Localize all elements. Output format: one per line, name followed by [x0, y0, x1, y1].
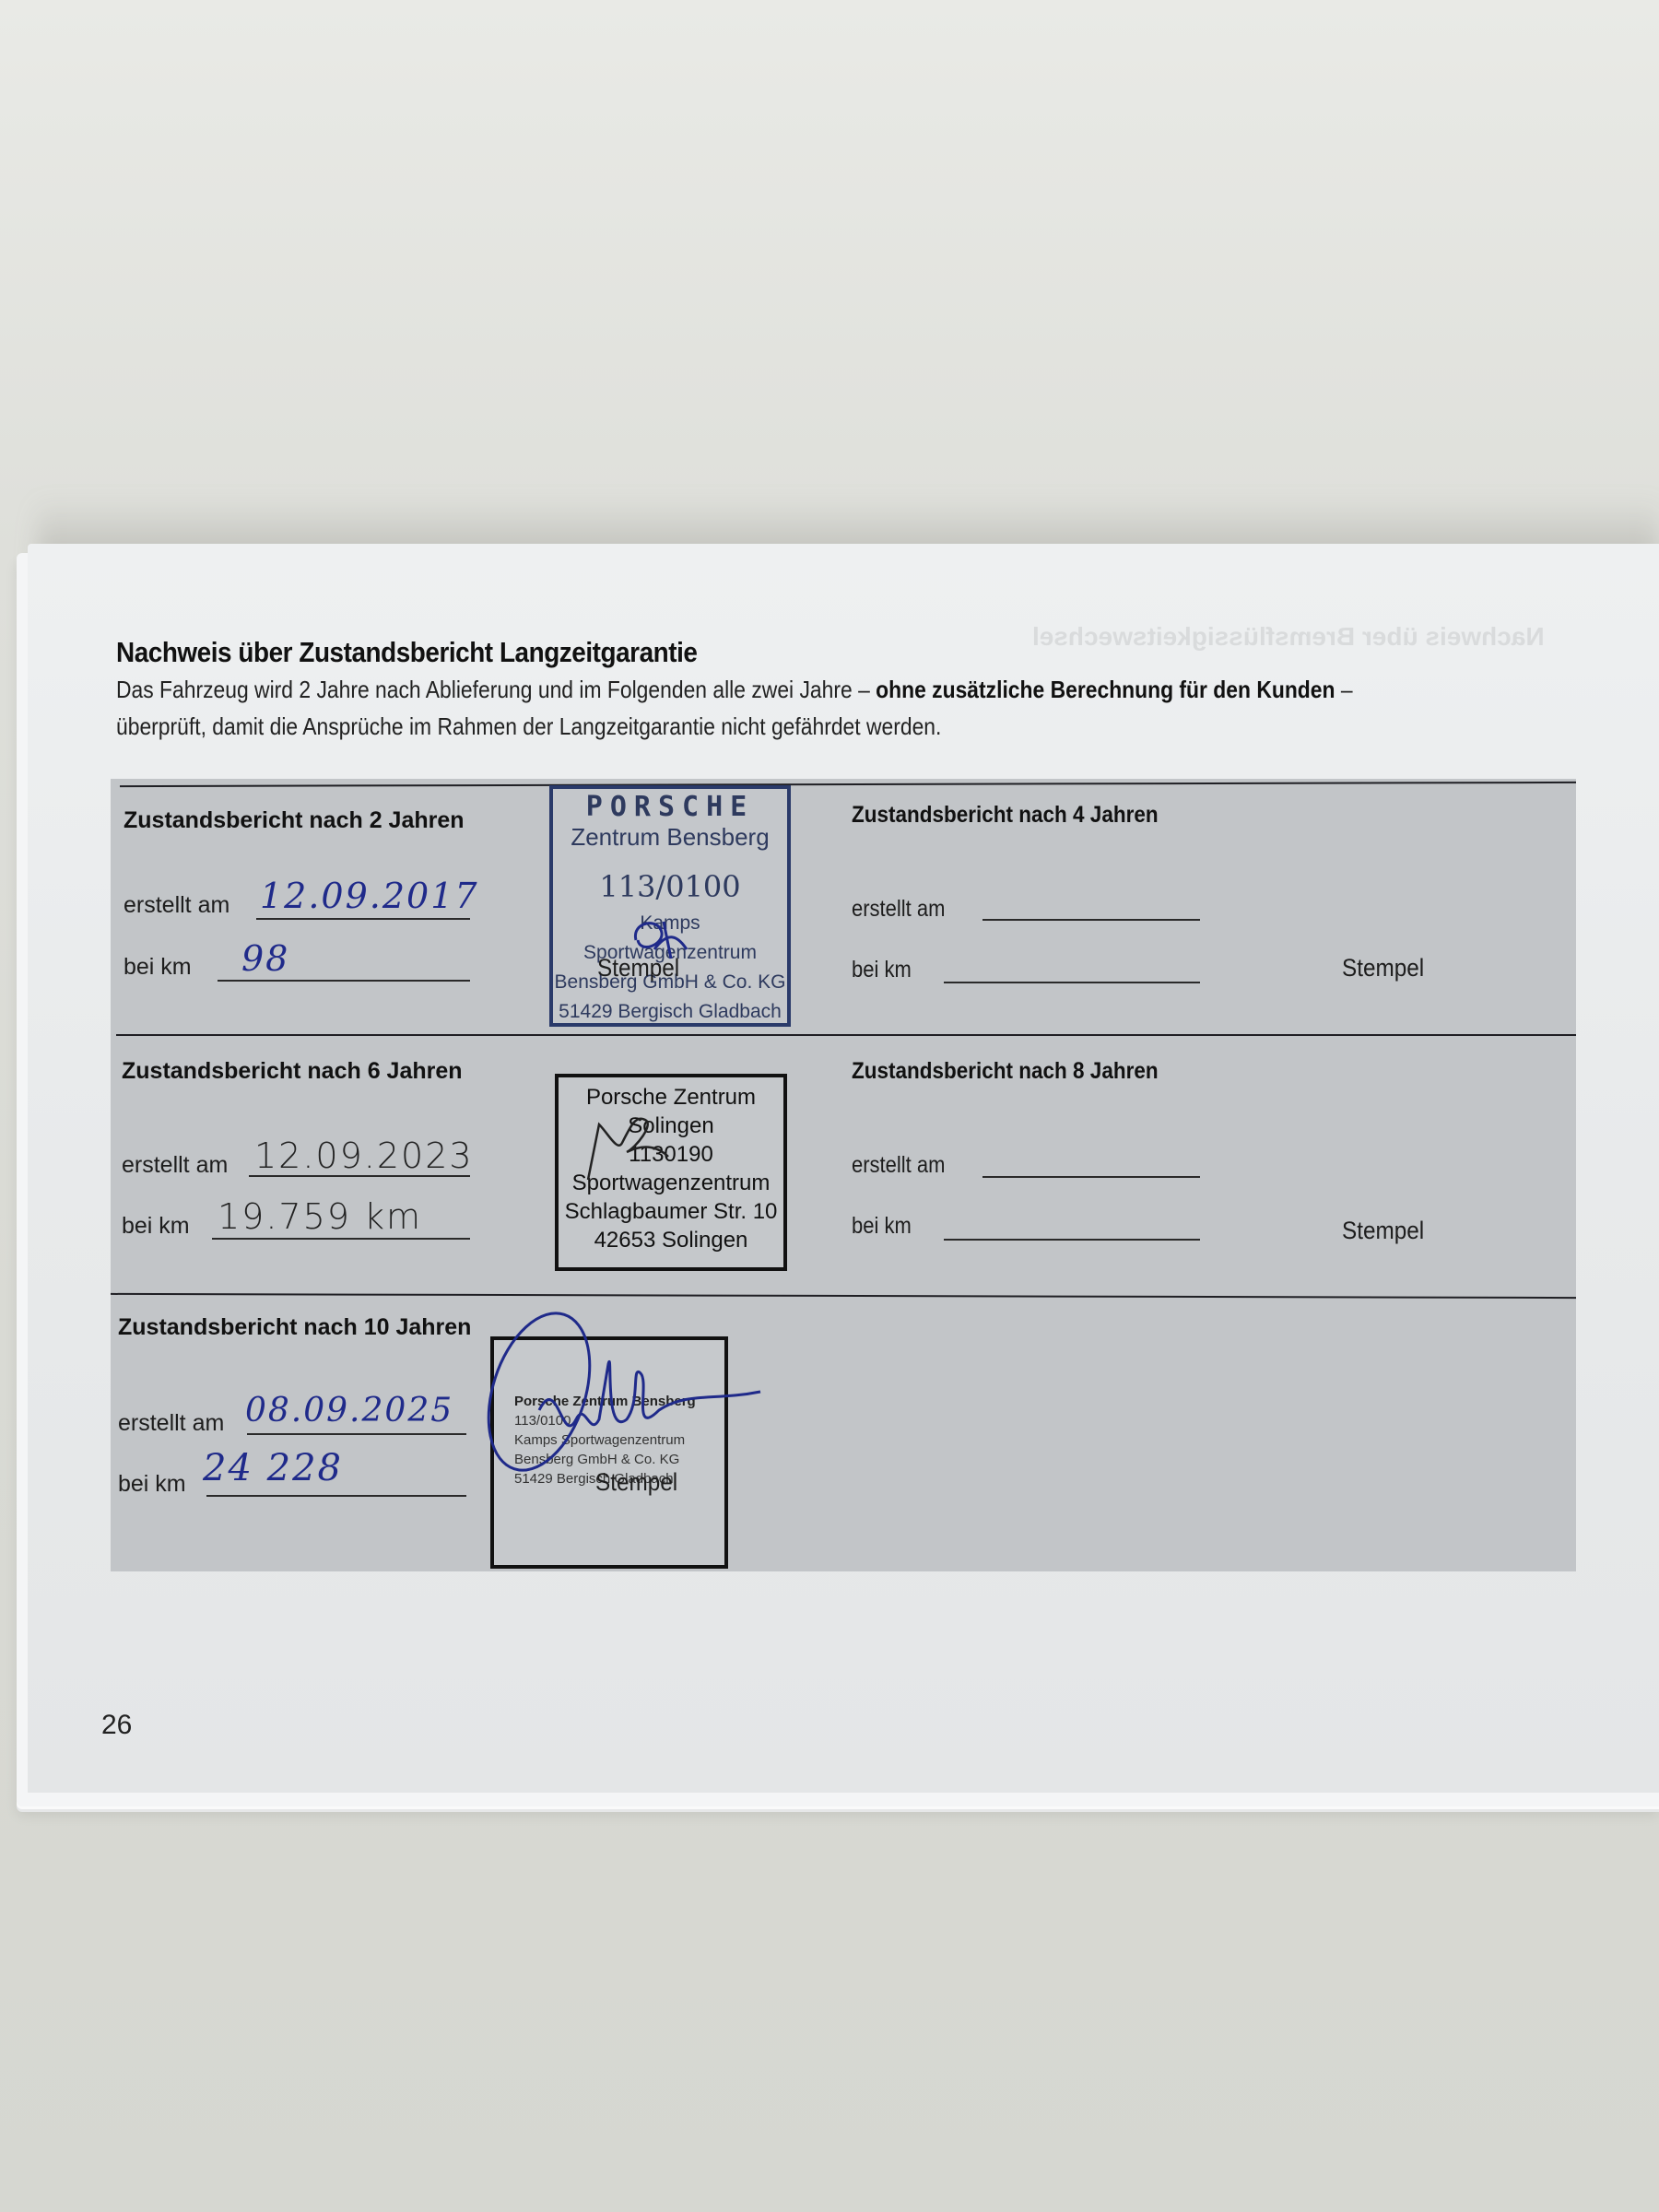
date-field[interactable]	[982, 1176, 1200, 1178]
divider	[116, 1034, 1576, 1036]
km-field-line	[218, 980, 470, 982]
report-title: Zustandsbericht nach 4 Jahren	[852, 802, 1159, 829]
signature-initials	[627, 912, 691, 968]
report-title: Zustandsbericht nach 2 Jahren	[124, 807, 465, 834]
stamp-line: 51429 Bergisch Gladbach	[553, 997, 787, 1027]
bleed-through-text: Nachweis über Brems­flüssigkeitswechsel	[1032, 622, 1545, 652]
date-field[interactable]	[982, 919, 1200, 921]
created-label: erstellt am	[118, 1410, 224, 1437]
porsche-wordmark: PORSCHE	[553, 793, 787, 822]
stamp-line: 42653 Solingen	[559, 1226, 783, 1254]
report-4-years: Zustandsbericht nach 4 Jahren erstellt a…	[839, 783, 1539, 1032]
km-field-line	[206, 1495, 466, 1497]
report-title: Zustandsbericht nach 8 Jahren	[852, 1058, 1159, 1085]
intro-bold-text: ohne zusätzliche Berechnung für den Kund…	[876, 676, 1335, 703]
created-label: erstellt am	[122, 1152, 228, 1179]
km-label: bei km	[118, 1471, 186, 1498]
stamp-label: Stempel	[1342, 1217, 1424, 1245]
signature-initials	[581, 1106, 691, 1189]
km-label: bei km	[852, 1213, 912, 1240]
date-field[interactable]: 12.09.2017	[260, 876, 479, 916]
km-field[interactable]: 19.759 km	[218, 1196, 422, 1237]
date-field-line	[256, 918, 470, 920]
date-field[interactable]: 12.09.2023	[254, 1135, 474, 1176]
km-field-line	[212, 1238, 470, 1240]
stamp-line: 113/0100	[553, 872, 787, 901]
intro-text-line2: überprüft, damit die Ansprüche im Rahmen…	[116, 712, 941, 740]
date-field[interactable]: 08.09.2025	[245, 1392, 453, 1430]
stamp-line: Zentrum Bensberg	[553, 822, 787, 852]
report-title: Zustandsbericht nach 10 Jahren	[118, 1314, 471, 1341]
intro-text: Das Fahrzeug wird 2 Jahre nach Ablieferu…	[116, 676, 876, 703]
page-number: 26	[101, 1710, 132, 1741]
signature	[475, 1309, 770, 1493]
report-title: Zustandsbericht nach 6 Jahren	[122, 1058, 463, 1085]
km-field[interactable]	[944, 1239, 1200, 1241]
km-field[interactable]: 98	[241, 938, 289, 979]
dealer-stamp-bensberg: PORSCHE Zentrum Bensberg 113/0100 Kamps …	[549, 785, 791, 1027]
created-label: erstellt am	[124, 892, 229, 919]
stamp-label: Stempel	[1342, 954, 1424, 982]
intro-text-end: –	[1335, 676, 1352, 703]
page-title: Nachweis über Zustandsbericht Langzeitga…	[116, 636, 697, 669]
km-label: bei km	[124, 954, 192, 981]
created-label: erstellt am	[852, 896, 945, 923]
km-label: bei km	[852, 957, 912, 983]
stamp-line: Schlagbaumer Str. 10	[559, 1197, 783, 1226]
km-label: bei km	[122, 1213, 190, 1240]
km-field[interactable]: 24 228	[203, 1447, 343, 1489]
date-field-line	[247, 1433, 466, 1435]
intro-paragraph: Das Fahrzeug wird 2 Jahre nach Ablieferu…	[116, 671, 1535, 745]
report-8-years: Zustandsbericht nach 8 Jahren erstellt a…	[839, 1040, 1539, 1288]
km-field[interactable]	[944, 982, 1200, 983]
created-label: erstellt am	[852, 1152, 945, 1179]
